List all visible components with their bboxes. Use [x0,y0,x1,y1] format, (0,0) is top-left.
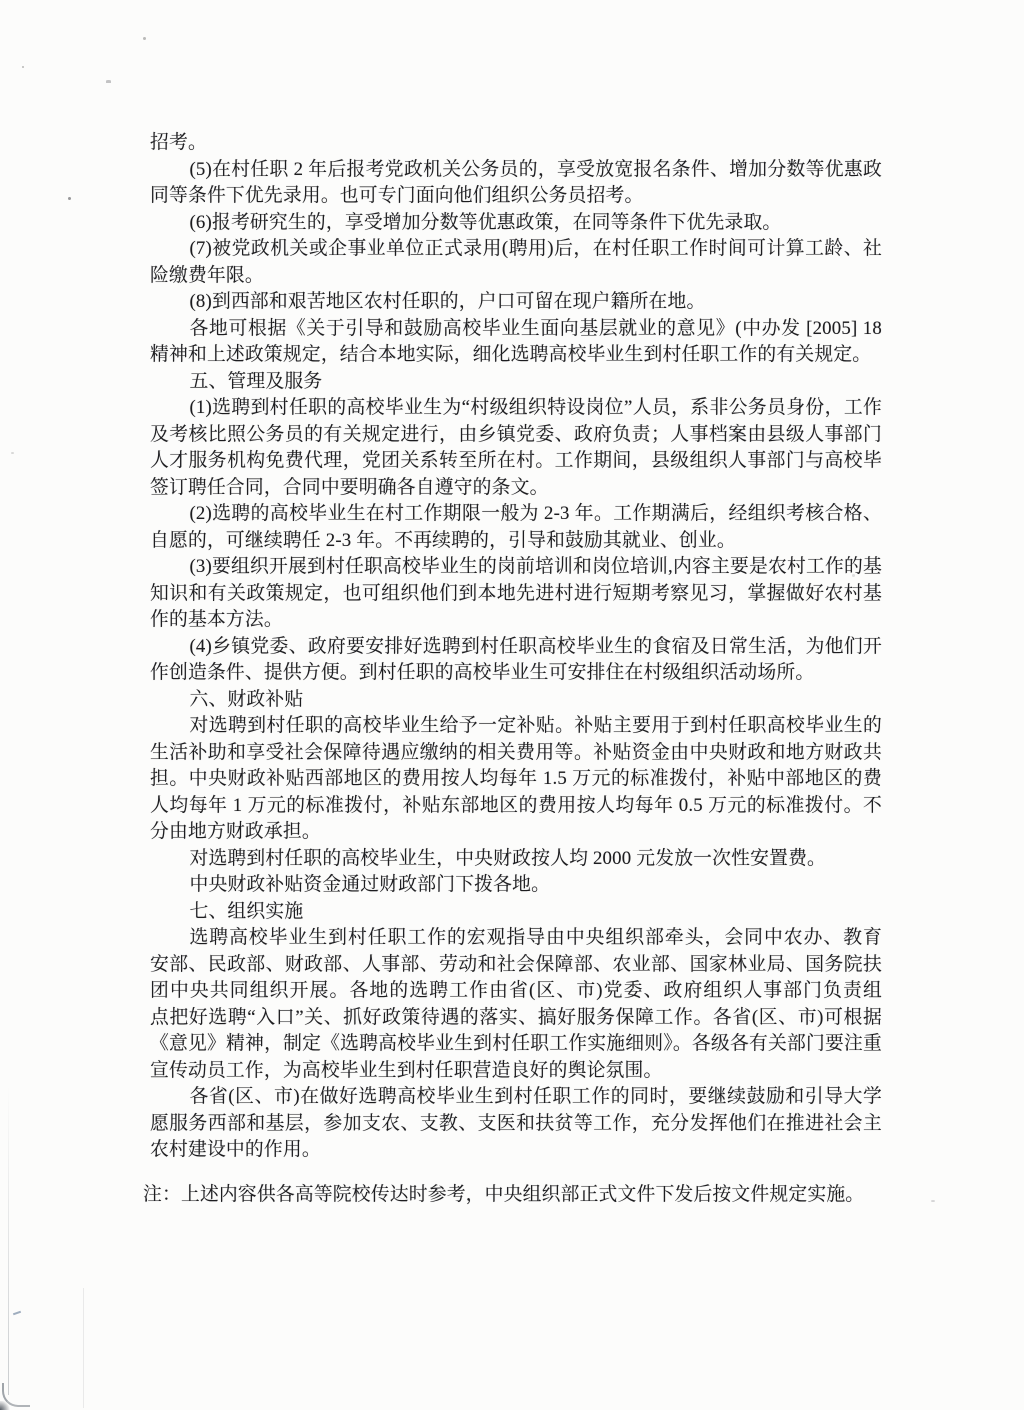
text-line: (3)要组织开展到村任职高校毕业生的岗前培训和岗位培训,内容主要是农村工作的基本 [150,554,882,581]
text-line: 农村建设中的作用。 [150,1137,882,1164]
text-line: 中央财政补贴资金通过财政部门下拨各地。 [150,872,882,899]
text-line: 险缴费年限。 [150,263,882,290]
text-line: (5)在村任职 2 年后报考党政机关公务员的，享受放宽报名条件、增加分数等优惠政… [150,157,882,184]
text-line: 宣传动员工作，为高校毕业生到村任职营造良好的舆论氛围。 [150,1058,882,1085]
text-line: (1)选聘到村任职的高校毕业生为“村级组织特设岗位”人员，系非公务员身份，工作管… [150,395,882,422]
document-body: 招考。(5)在村任职 2 年后报考党政机关公务员的，享受放宽报名条件、增加分数等… [150,130,882,1164]
text-line: 及考核比照公务员的有关规定进行，由乡镇党委、政府负责；人事档案由县级人事部门所属 [150,422,882,449]
text-line: (6)报考研究生的，享受增加分数等优惠政策，在同等条件下优先录取。 [150,210,882,237]
scan-ink-tick [13,1311,21,1316]
text-line: 安部、民政部、财政部、人事部、劳动和社会保障部、农业部、国家林业局、国务院扶贫办… [150,952,882,979]
text-line: 选聘高校毕业生到村任职工作的宏观指导由中央组织部牵头，会同中农办、教育部、公 [150,925,882,952]
text-line: 自愿的，可继续聘任 2-3 年。不再续聘的，引导和鼓励其就业、创业。 [150,528,882,555]
text-line: 分由地方财政承担。 [150,819,882,846]
scan-crease-line [83,1288,84,1408]
text-line: 《意见》精神，制定《选聘高校毕业生到村任职工作实施细则》。各级各有关部门要注重做… [150,1031,882,1058]
text-line: 作的基本方法。 [150,607,882,634]
text-line: 签订聘任合同，合同中要明确各自遵守的条文。 [150,475,882,502]
scan-speck [143,37,146,40]
scan-speck [68,197,71,200]
scan-speck [852,574,855,577]
text-line: 七、组织实施 [150,899,882,926]
scan-speck [106,80,111,83]
text-line: (8)到西部和艰苦地区农村任职的，户口可留在现户籍所在地。 [150,289,882,316]
text-line: 人才服务机构免费代理，党团关系转至所在村。工作期间，县级组织人事部门与高校毕业生 [150,448,882,475]
text-line: (4)乡镇党委、政府要安排好选聘到村任职高校毕业生的食宿及日常生活，为他们开展工 [150,634,882,661]
scan-speck [931,1200,935,1202]
text-line: 点把好选聘“入口”关、抓好政策待遇的落实、搞好服务保障工作。各省(区、市)可根据… [150,1005,882,1032]
text-line: 对选聘到村任职的高校毕业生给予一定补贴。补贴主要用于到村任职高校毕业生的工作、 [150,713,882,740]
text-line: 对选聘到村任职的高校毕业生，中央财政按人均 2000 元发放一次性安置费。 [150,846,882,873]
text-line: 各省(区、市)在做好选聘高校毕业生到村任职工作的同时，要继续鼓励和引导大学生志 [150,1084,882,1111]
text-line: 人均每年 1 万元的标准拨付，补贴东部地区的费用按人均每年 0.5 万元的标准拨… [150,793,882,820]
text-line: 担。中央财政补贴西部地区的费用按人均每年 1.5 万元的标准拨付，补贴中部地区的… [150,766,882,793]
scan-page-edge-line [8,1085,9,1395]
document-note: 注：上述内容供各高等院校传达时参考，中央组织部正式文件下发后按文件规定实施。 [143,1182,903,1209]
text-line: 团中央共同组织开展。各地的选聘工作由省(区、市)党委、政府组织人事部门负责组织，… [150,978,882,1005]
text-line: 同等条件下优先录用。也可专门面向他们组织公务员招考。 [150,183,882,210]
text-line: (7)被党政机关或企事业单位正式录用(聘用)后，在村任职工作时间可计算工龄、社会… [150,236,882,263]
text-line: 愿服务西部和基层，参加支农、支教、支医和扶贫等工作，充分发挥他们在推进社会主义新 [150,1111,882,1138]
scanned-page: 招考。(5)在村任职 2 年后报考党政机关公务员的，享受放宽报名条件、增加分数等… [0,0,1024,1410]
text-line: 生活补助和享受社会保障待遇应缴纳的相关费用等。补贴资金由中央财政和地方财政共同承 [150,740,882,767]
text-line: 精神和上述政策规定，结合本地实际，细化选聘高校毕业生到村任职工作的有关规定。 [150,342,882,369]
text-line: 各地可根据《关于引导和鼓励高校毕业生面向基层就业的意见》(中办发 [2005] … [150,316,882,343]
scan-speck [11,452,14,454]
scan-speck [22,66,24,68]
text-line: 五、管理及服务 [150,369,882,396]
text-line: 招考。 [150,130,882,157]
text-line: 六、财政补贴 [150,687,882,714]
text-line: (2)选聘的高校毕业生在村工作期限一般为 2-3 年。工作期满后，经组织考核合格… [150,501,882,528]
scan-corner-shadow [0,1401,10,1410]
text-line: 作创造条件、提供方便。到村任职的高校毕业生可安排住在村级组织活动场所。 [150,660,882,687]
text-line: 知识和有关政策规定，也可组织他们到本地先进村进行短期考察见习，掌握做好农村基层工 [150,581,882,608]
